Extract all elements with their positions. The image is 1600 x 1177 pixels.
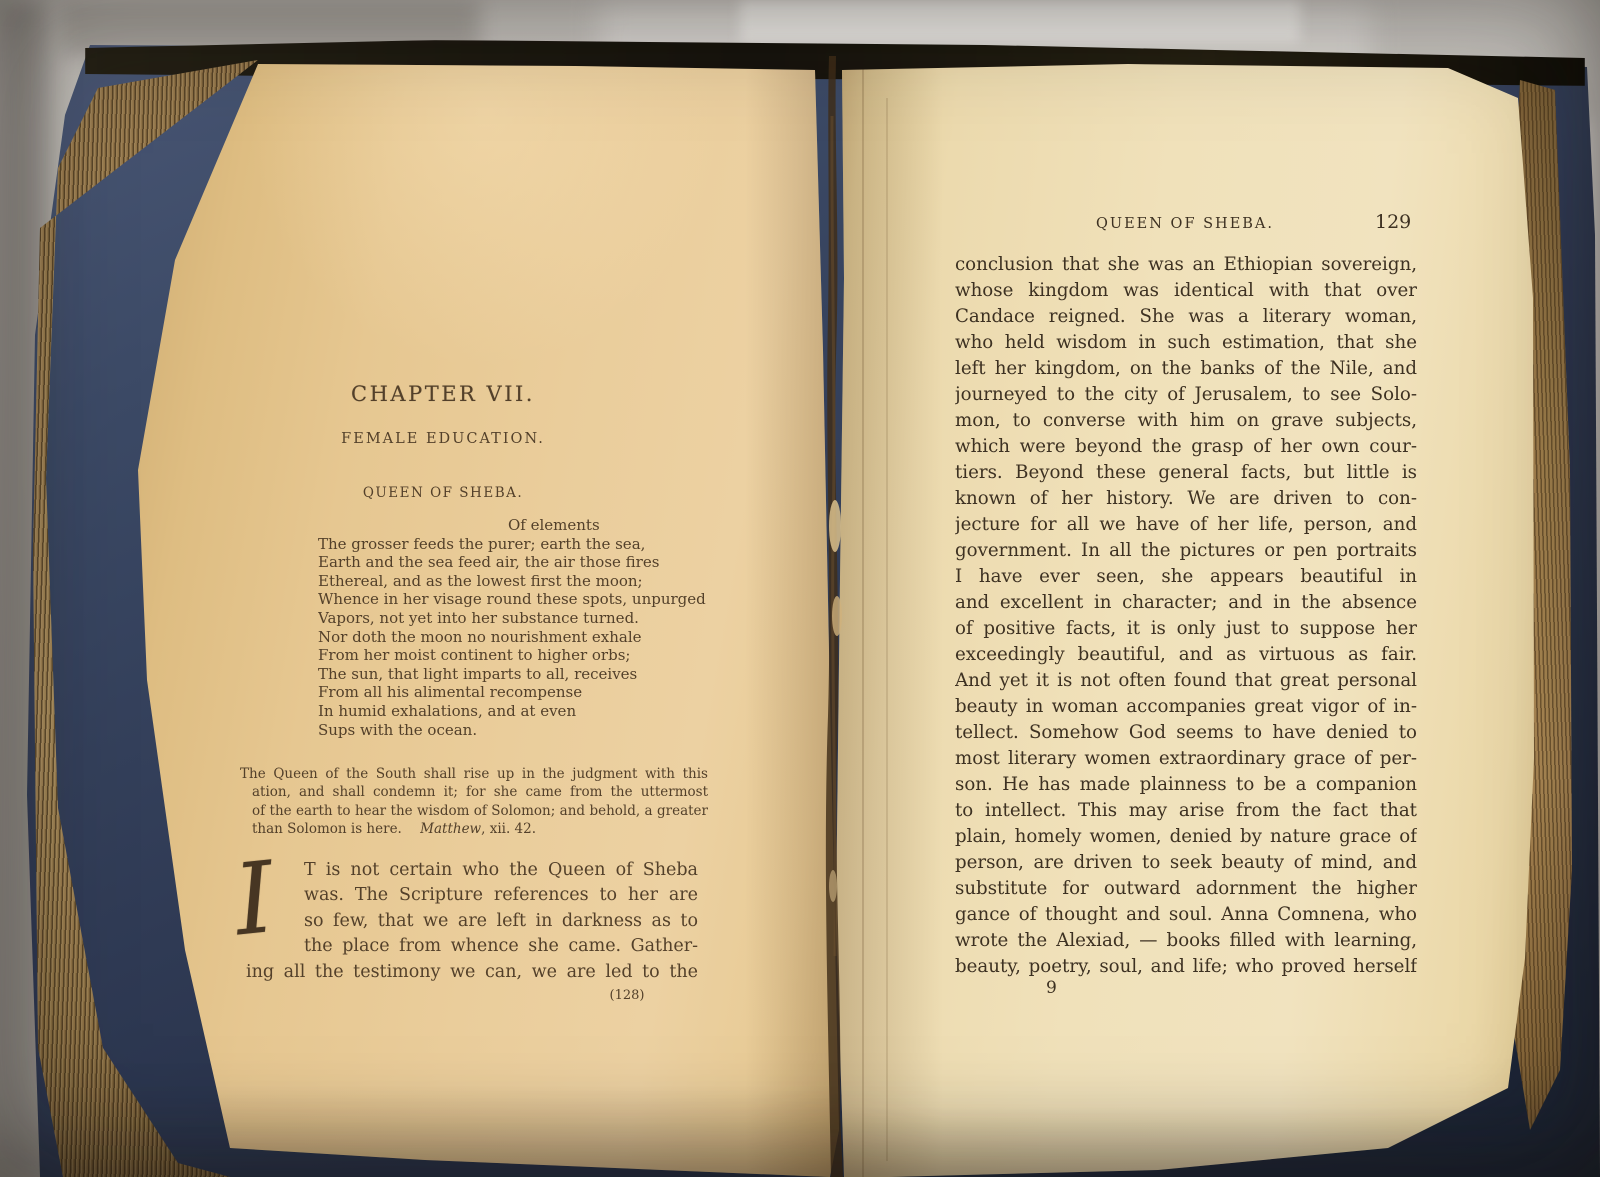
poem-line: Vapors, not yet into her substance turne…: [318, 609, 738, 628]
body-line: the place from whence she came. Gather-: [304, 934, 698, 959]
poem-line: The sun, that light imparts to all, rece…: [318, 665, 738, 684]
body-line: to intellect. This may arise from the fa…: [955, 798, 1417, 824]
body-line: left her kingdom, on the banks of the Ni…: [955, 356, 1417, 382]
poem-line: Of elements: [318, 516, 738, 535]
poem-line: Sups with the ocean.: [318, 721, 738, 740]
scripture-lines: The Queen of the South shall rise up in …: [240, 765, 708, 820]
body-line: which were beyond the grasp of her own c…: [955, 434, 1417, 460]
body-line: who held wisdom in such estimation, that…: [955, 330, 1417, 356]
body-line: so few, that we are left in darkness as …: [304, 909, 698, 934]
antique-book-photo: CHAPTER VII. FEMALE EDUCATION. QUEEN OF …: [0, 0, 1600, 1177]
scripture-line: ation, and shall condemn it; for she cam…: [240, 783, 708, 801]
body-line: known of her history. We are driven to c…: [955, 486, 1417, 512]
poem-line: From her moist continent to higher orbs;: [318, 646, 738, 665]
poem-line: The grosser feeds the purer; earth the s…: [318, 535, 738, 554]
scripture-citation-book: Matthew: [406, 821, 481, 837]
body-line: beauty in woman accompanies great vigor …: [955, 694, 1417, 720]
gutter-crack: [795, 56, 865, 1177]
page-light-glow: [245, 50, 725, 370]
left-page-folio: (128): [567, 988, 687, 1003]
body-line: tellect. Somehow God seems to have denie…: [955, 720, 1417, 746]
poem-line: Whence in her visage round these spots, …: [318, 590, 738, 609]
left-body-last-line: ing all the testimony we can, we are led…: [246, 960, 698, 985]
chapter-heading: CHAPTER VII.: [215, 382, 671, 406]
signature-mark: 9: [1046, 978, 1057, 998]
drop-cap-initial: I: [230, 845, 312, 972]
body-line: whose kingdom was identical with that ov…: [955, 278, 1417, 304]
body-line: person, are driven to seek beauty of min…: [955, 850, 1417, 876]
body-line: I have ever seen, she appears beautiful …: [955, 564, 1417, 590]
poem-line: Earth and the sea feed air, the air thos…: [318, 553, 738, 572]
scripture-citation-ref: , xii. 42.: [481, 821, 536, 837]
section-heading: QUEEN OF SHEBA.: [215, 485, 671, 501]
page-crease: [886, 98, 888, 1161]
poem-line: Nor doth the moon no nourishment exhale: [318, 628, 738, 647]
body-line: tiers. Beyond these general facts, but l…: [955, 460, 1417, 486]
body-line: substitute for outward adornment the hig…: [955, 876, 1417, 902]
running-header: QUEEN OF SHEBA.: [955, 216, 1415, 232]
body-line: most literary women extraordinary grace …: [955, 746, 1417, 772]
wall-highlight-bright: [740, 0, 1300, 42]
body-line: and excellent in character; and in the a…: [955, 590, 1417, 616]
left-body-text: T is not certain who the Queen of Shebaw…: [304, 858, 698, 960]
page-number: 129: [1375, 211, 1435, 233]
body-line: was. The Scripture references to her are: [304, 883, 698, 908]
poem-line: From all his alimental recompense: [318, 683, 738, 702]
poem-line: In humid exhalations, and at even: [318, 702, 738, 721]
scripture-line: of the earth to hear the wisdom of Solom…: [240, 802, 708, 820]
scripture-last-text: than Solomon is here.: [252, 821, 402, 837]
scripture-last-line: than Solomon is here. Matthew, xii. 42.: [240, 820, 708, 838]
body-line: government. In all the pictures or pen p…: [955, 538, 1417, 564]
body-line: journeyed to the city of Jerusalem, to s…: [955, 382, 1417, 408]
body-line: of positive facts, it is only just to su…: [955, 616, 1417, 642]
body-line: beauty, poetry, soul, and life; who prov…: [955, 954, 1417, 980]
poem-epigraph: Of elementsThe grosser feeds the purer; …: [318, 516, 738, 739]
poem-line: Ethereal, and as the lowest first the mo…: [318, 572, 738, 591]
subject-heading: FEMALE EDUCATION.: [215, 431, 671, 447]
body-line: conclusion that she was an Ethiopian sov…: [955, 252, 1417, 278]
scripture-line: The Queen of the South shall rise up in …: [240, 765, 708, 783]
body-line: son. He has made plainness to be a compa…: [955, 772, 1417, 798]
body-line: wrote the Alexiad, — books filled with l…: [955, 928, 1417, 954]
body-line: And yet it is not often found that great…: [955, 668, 1417, 694]
body-line: plain, homely women, denied by nature gr…: [955, 824, 1417, 850]
right-body-text: conclusion that she was an Ethiopian sov…: [955, 252, 1417, 980]
body-line: gance of thought and soul. Anna Comnena,…: [955, 902, 1417, 928]
scripture-epigraph: The Queen of the South shall rise up in …: [240, 765, 708, 839]
body-line: T is not certain who the Queen of Sheba: [304, 858, 698, 883]
body-line: exceedingly beautiful, and as virtuous a…: [955, 642, 1417, 668]
body-line: jecture for all we have of her life, per…: [955, 512, 1417, 538]
body-line: mon, to converse with him on grave subje…: [955, 408, 1417, 434]
body-line: Candace reigned. She was a literary woma…: [955, 304, 1417, 330]
